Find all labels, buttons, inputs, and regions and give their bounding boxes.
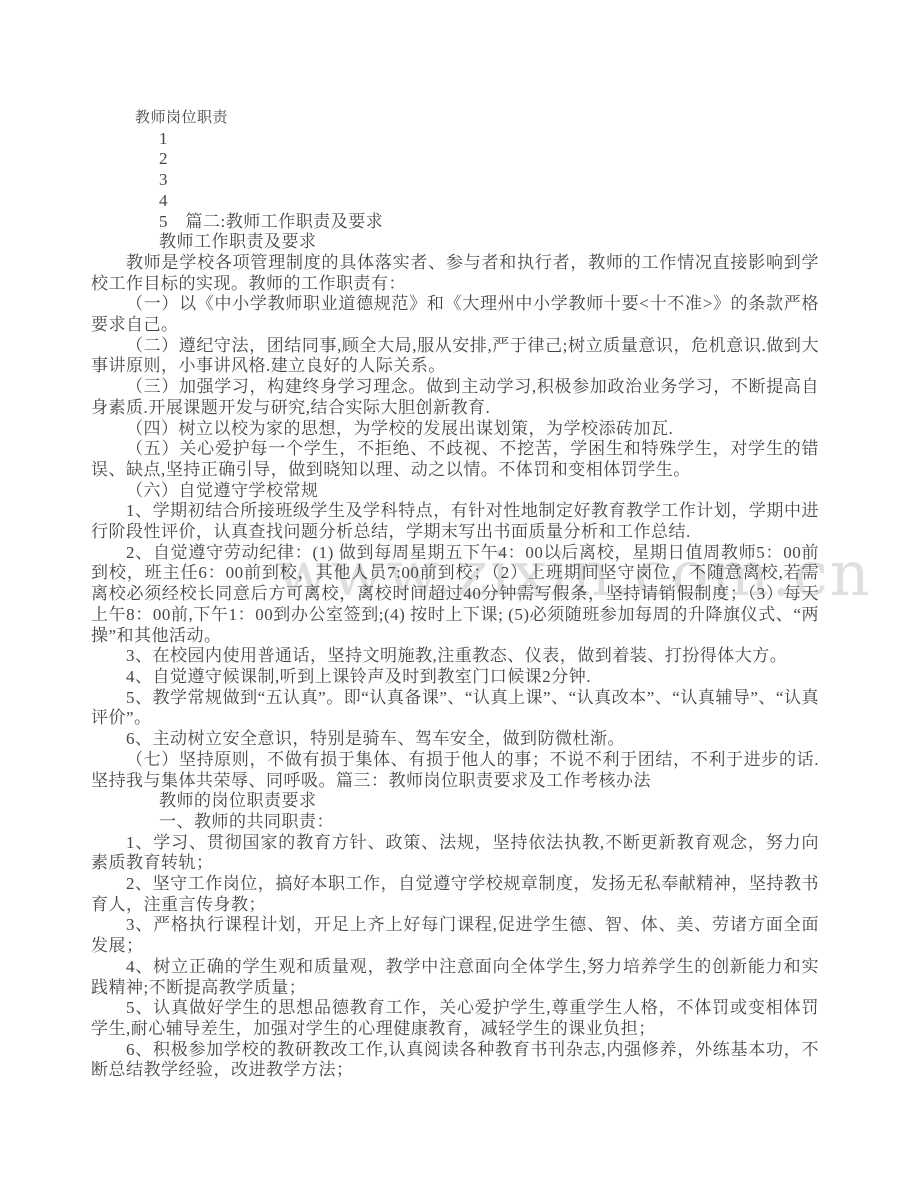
list-number: 4 bbox=[91, 191, 819, 212]
paragraph: 4、自觉遵守候课制,听到上课铃声及时到教室门口候课2分钟. bbox=[91, 667, 819, 688]
paragraph: 1、学习、贯彻国家的教育方针、政策、法规，坚持依法执教,不断更新教育观念，努力向… bbox=[91, 833, 819, 874]
paragraph: （五）关心爱护每一个学生，不拒绝、不歧视、不挖苦，学困生和特殊学生，对学生的错误… bbox=[91, 439, 819, 480]
paragraph: 6、积极参加学校的教研教改工作,认真阅读各种教育书刊杂志,内强修养，外练基本功，… bbox=[91, 1040, 819, 1081]
document-body: 教师岗位职责12345 篇二:教师工作职责及要求教师工作职责及要求教师是学校各项… bbox=[91, 108, 819, 1081]
paragraph: 5、认真做好学生的思想品德教育工作，关心爱护学生,尊重学生人格，不体罚或变相体罚… bbox=[91, 998, 819, 1039]
paragraph: （四）树立以校为家的思想，为学校的发展出谋划策，为学校添砖加瓦. bbox=[91, 419, 819, 440]
paragraph: 1、学期初结合所接班级学生及学科特点，有针对性地制定好教育教学工作计划，学期中进… bbox=[91, 501, 819, 542]
section-heading: 一、教师的共同职责： bbox=[91, 812, 819, 833]
document-title: 教师岗位职责 bbox=[91, 108, 819, 129]
section-heading: 教师工作职责及要求 bbox=[91, 232, 819, 253]
paragraph: （七）坚持原则，不做有损于集体、有损于他人的事；不说不利于团结，不利于进步的话.… bbox=[91, 750, 819, 791]
section-heading: 教师的岗位职责要求 bbox=[91, 791, 819, 812]
paragraph: 2、坚守工作岗位，搞好本职工作，自觉遵守学校规章制度，发扬无私奉献精神，坚持教书… bbox=[91, 874, 819, 915]
paragraph: 2、自觉遵守劳动纪律：(1) 做到每周星期五下午4：00以后离校，星期日值周教师… bbox=[91, 543, 819, 647]
paragraph: （六）自觉遵守学校常规 bbox=[91, 481, 819, 502]
paragraph: 5、教学常规做到“五认真”。即“认真备课”、“认真上课”、“认真改本”、“认真辅… bbox=[91, 688, 819, 729]
document-page: www.zixin.com.cn 教师岗位职责12345 篇二:教师工作职责及要… bbox=[0, 0, 920, 1191]
paragraph: 6、主动树立安全意识，特别是骑车、驾车安全，做到防微杜渐。 bbox=[91, 729, 819, 750]
paragraph: 3、在校园内使用普通话，坚持文明施教,注重教态、仪表，做到着装、打扮得体大方。 bbox=[91, 646, 819, 667]
paragraph: （二）遵纪守法，团结同事,顾全大局,服从安排,严于律己;树立质量意识，危机意识.… bbox=[91, 336, 819, 377]
paragraph: （一）以《中小学教师职业道德规范》和《大理州中小学教师十要<十不准>》的条款严格… bbox=[91, 294, 819, 335]
list-number: 2 bbox=[91, 149, 819, 170]
paragraph: 3、严格执行课程计划，开足上齐上好每门课程,促进学生德、智、体、美、劳诸方面全面… bbox=[91, 915, 819, 956]
paragraph: （三）加强学习，构建终身学习理念。做到主动学习,积极参加政治业务学习，不断提高自… bbox=[91, 377, 819, 418]
list-number: 1 bbox=[91, 129, 819, 150]
list-number: 3 bbox=[91, 170, 819, 191]
paragraph: 4、树立正确的学生观和质量观，教学中注意面向全体学生,努力培养学生的创新能力和实… bbox=[91, 957, 819, 998]
section-heading: 5 篇二:教师工作职责及要求 bbox=[91, 212, 819, 233]
paragraph: 教师是学校各项管理制度的具体落实者、参与者和执行者，教师的工作情况直接影响到学校… bbox=[91, 253, 819, 294]
